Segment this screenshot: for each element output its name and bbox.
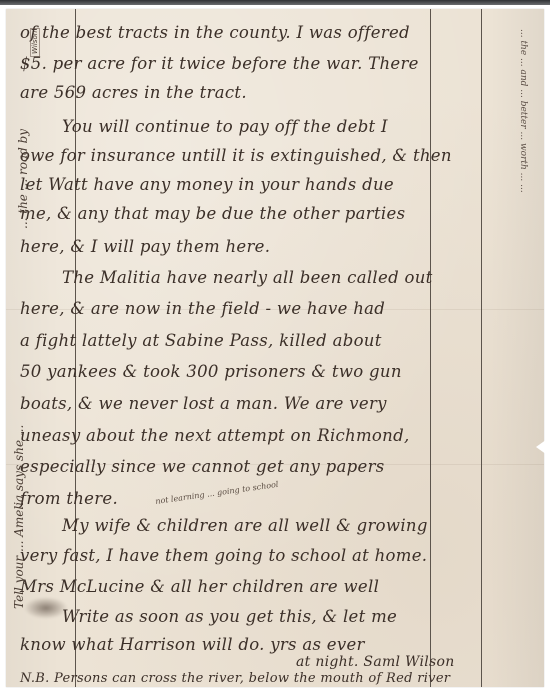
letter-line: My wife & children are all well & growin… (62, 516, 428, 535)
archive-stamp: Wilson (30, 28, 40, 57)
signature-line: at night. Saml Wilson (296, 654, 455, 670)
right-margin-note: ... the ... and ... better ... worth ...… (518, 29, 528, 193)
letter-line: especially since we cannot get any paper… (20, 457, 385, 476)
ruled-column-line-right (481, 9, 482, 687)
letter-line: 50 yankees & took 300 prisoners & two gu… (20, 362, 402, 381)
scanner-edge-bar (0, 0, 550, 5)
letter-line: Mrs McLucine & all her children are well (20, 577, 379, 596)
letter-line: of the best tracts in the county. I was … (20, 23, 410, 42)
ink-smudge (24, 597, 68, 619)
letter-line: You will continue to pay off the debt I (62, 117, 388, 136)
letter-line: here, & I will pay them here. (20, 237, 270, 256)
letter-line: here, & are now in the field - we have h… (20, 299, 385, 318)
letter-line: boats, & we never lost a man. We are ver… (20, 394, 387, 413)
letter-line: $5. per acre for it twice before the war… (20, 54, 419, 73)
left-margin-note-bottom: Tell your ... Amelia says she ... (12, 425, 26, 609)
letter-line: let Watt have any money in your hands du… (20, 175, 394, 194)
letter-line: from there. (20, 489, 118, 508)
letter-line: know what Harrison will do. yrs as ever (20, 635, 365, 654)
letter-line: me, & any that may be due the other part… (20, 204, 405, 223)
letter-line: Write as soon as you get this, & let me (62, 607, 397, 626)
postscript-line: N.B. Persons can cross the river, below … (20, 671, 450, 686)
letter-page: of the best tracts in the county. I was … (6, 9, 544, 687)
letter-line: are 569 acres in the tract. (20, 83, 247, 102)
letter-line: a fight lattely at Sabine Pass, killed a… (20, 331, 382, 350)
interlinear-insertion: not learning ... going to school (155, 480, 279, 506)
letter-line: uneasy about the next attempt on Richmon… (20, 426, 410, 445)
letter-line: owe for insurance untill it is extinguis… (20, 146, 452, 165)
ruled-column-line (430, 9, 431, 687)
letter-line: very fast, I have them going to school a… (20, 546, 427, 565)
paper-tear (536, 437, 550, 457)
letter-line: The Malitia have nearly all been called … (62, 268, 433, 287)
left-margin-note-top: ... the ... road by (16, 129, 30, 229)
